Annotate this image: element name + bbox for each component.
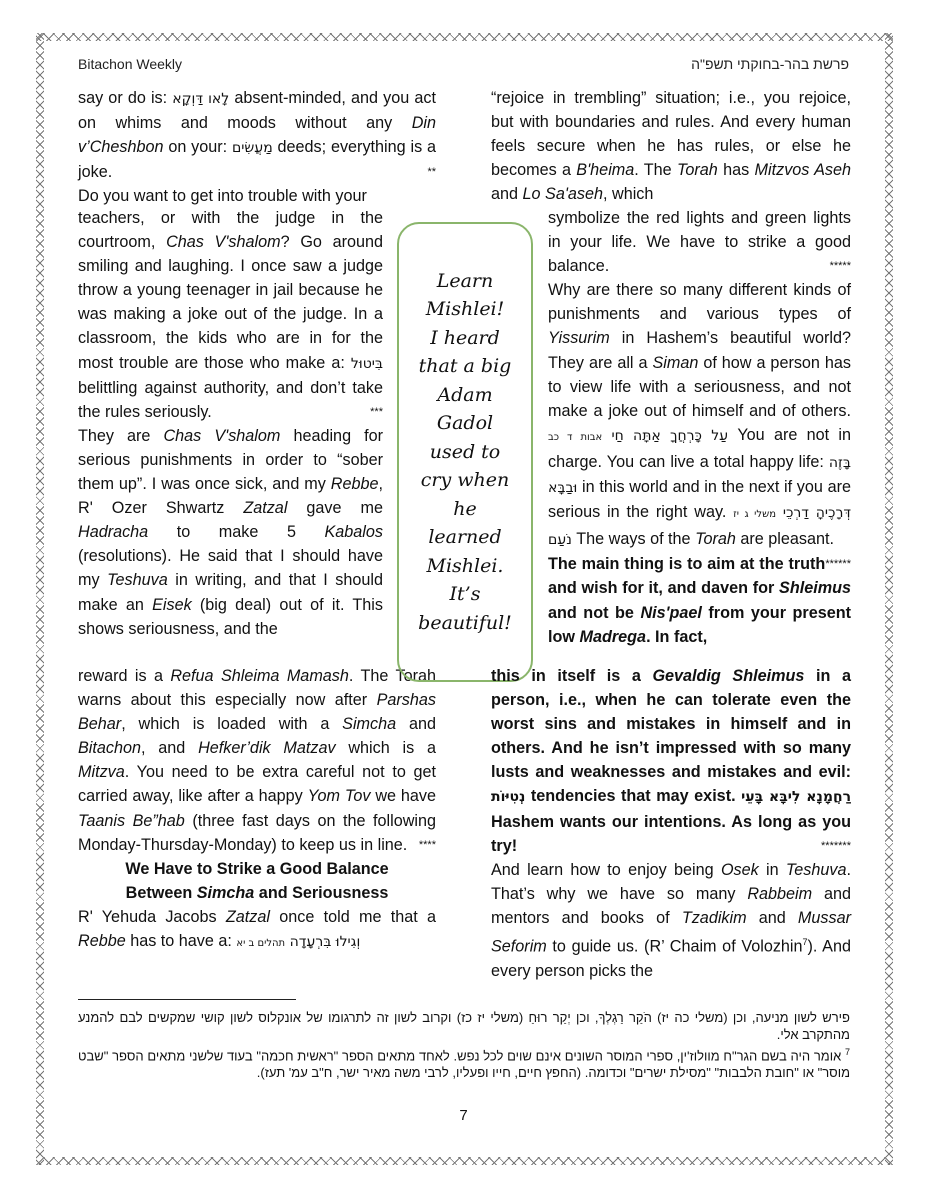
paragraph: They are Chas V'shalom heading for serio… bbox=[78, 424, 383, 641]
paragraph: Do you want to get into trouble with you… bbox=[78, 184, 436, 208]
footnote-separator bbox=[78, 999, 296, 1000]
paragraph: say or do is: לָאו דַּוְקָא absent-minde… bbox=[78, 86, 436, 184]
paragraph: symbolize the red lights and green light… bbox=[548, 206, 851, 278]
callout-line: It’s bbox=[450, 580, 481, 609]
section-separator: ****** bbox=[825, 552, 851, 576]
paragraph: R' Yehuda Jacobs Zatzal once told me tha… bbox=[78, 905, 436, 956]
section-separator: ******* bbox=[821, 834, 851, 858]
paragraph: Why are there so many different kinds of… bbox=[548, 278, 851, 552]
section-separator: ***** bbox=[830, 254, 851, 278]
callout-line: Mishlei. bbox=[427, 552, 504, 581]
right-column-bottom: this in itself is a Gevaldig Shleimus in… bbox=[491, 664, 851, 983]
footnote-continued: פירש לשון מניעה, וכן (משלי כה יז) הֹקַר … bbox=[78, 1010, 850, 1043]
footnote-number: 7 bbox=[845, 1047, 850, 1057]
callout-line: learned bbox=[428, 523, 501, 552]
right-column-top: “rejoice in trembling” situation; i.e., … bbox=[491, 86, 851, 206]
paragraph: teachers, or with the judge in the court… bbox=[78, 206, 383, 424]
left-column-top: say or do is: לָאו דַּוְקָא absent-minde… bbox=[78, 86, 436, 208]
paragraph: this in itself is a Gevaldig Shleimus in… bbox=[491, 664, 851, 858]
parsha-title: פרשת בהר-בחוקתי תשפ"ה bbox=[691, 56, 849, 72]
subheading: We Have to Strike a Good BalanceBetween … bbox=[78, 857, 436, 905]
paragraph: “rejoice in trembling” situation; i.e., … bbox=[491, 86, 851, 206]
mishlei-callout-box: Learn Mishlei! I heard that a big Adam G… bbox=[397, 222, 533, 682]
callout-line: Adam bbox=[437, 381, 492, 410]
callout-line: I heard bbox=[430, 324, 500, 353]
callout-line: used to bbox=[430, 438, 501, 467]
section-separator: ** bbox=[427, 160, 436, 184]
publication-title: Bitachon Weekly bbox=[78, 56, 182, 72]
callout-line: Gadol bbox=[437, 409, 493, 438]
section-separator: *** bbox=[370, 400, 383, 424]
paragraph: reward is a Refua Shleima Mamash. The To… bbox=[78, 664, 436, 857]
callout-line: he bbox=[453, 495, 476, 524]
right-column-middle: symbolize the red lights and green light… bbox=[548, 206, 851, 649]
callout-line: Learn bbox=[437, 267, 494, 296]
callout-line: that a big bbox=[419, 352, 512, 381]
paragraph: And learn how to enjoy being Osek in Tes… bbox=[491, 858, 851, 983]
callout-line: Mishlei! bbox=[426, 295, 505, 324]
page-number: 7 bbox=[0, 1107, 927, 1124]
section-separator: **** bbox=[419, 833, 436, 857]
left-column-middle: teachers, or with the judge in the court… bbox=[78, 206, 383, 641]
left-column-bottom: reward is a Refua Shleima Mamash. The To… bbox=[78, 664, 436, 956]
paragraph: The main thing is to aim at the truth an… bbox=[548, 552, 851, 648]
footnote-7: 7 אומר היה בשם הגר"ח מוולוז'ין, ספרי המו… bbox=[78, 1044, 850, 1081]
callout-line: cry when bbox=[421, 466, 509, 495]
callout-line: beautiful! bbox=[418, 609, 512, 638]
